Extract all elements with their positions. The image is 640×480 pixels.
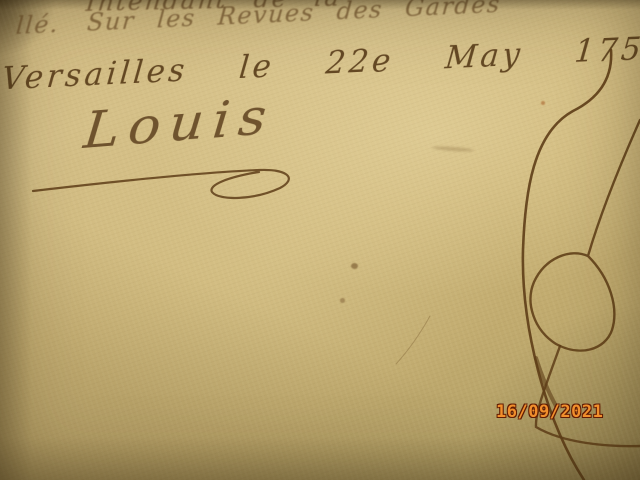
camera-datestamp: 16/09/2021 [496,402,603,422]
manuscript-photo: Intendant de la llé.Sur les Revues des G… [0,0,640,480]
